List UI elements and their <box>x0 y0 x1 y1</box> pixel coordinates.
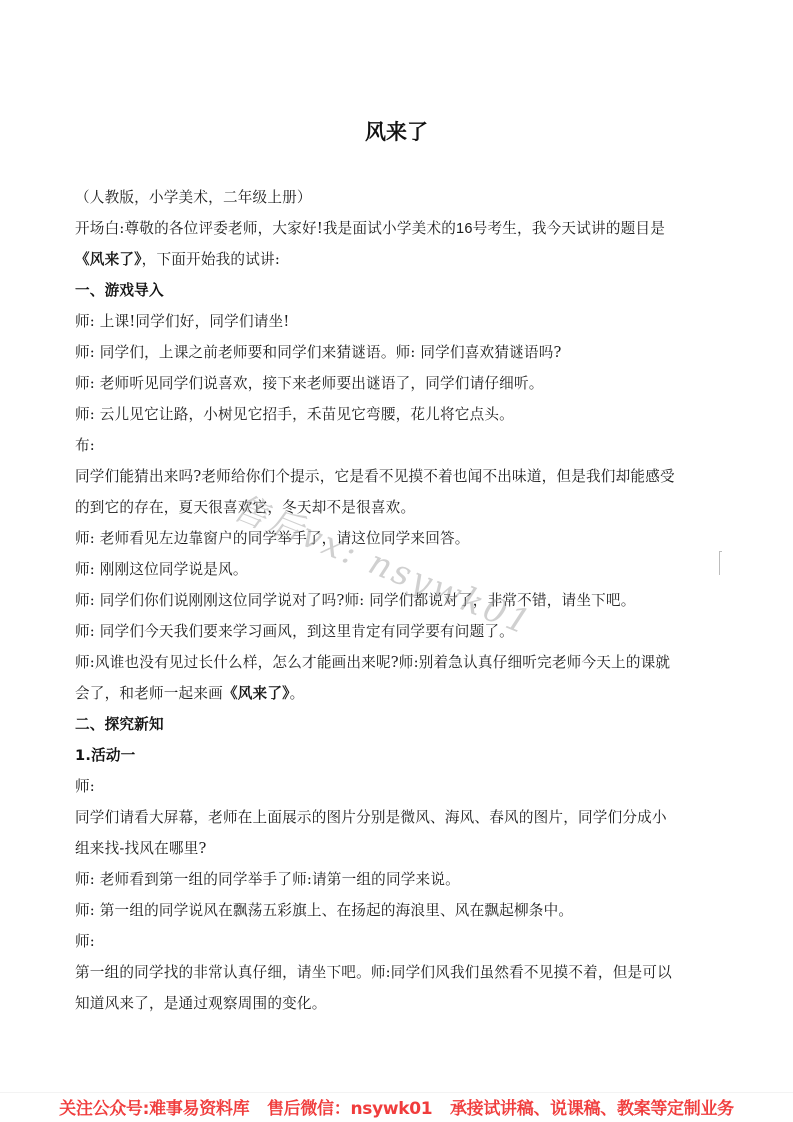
document-body: （人教版，小学美术，二年级上册） 开场白:尊敬的各位评委老师，大家好!我是面试小… <box>75 182 723 1019</box>
paragraph-line: 师: 第一组的同学说风在飘荡五彩旗上、在扬起的海浪里、风在飘起柳条中。 <box>75 895 723 926</box>
lesson-title-bold: 《风来了》 <box>75 251 142 268</box>
paragraph-line: 师:风谁也没有见过长什么样，怎么才能画出来呢?师:别着急认真仔细听完老师今天上的… <box>75 647 723 678</box>
opening-line-2: 《风来了》，下面开始我的试讲: <box>75 244 723 275</box>
paragraph-line: 师: 云儿见它让路，小树见它招手，禾苗见它弯腰，花儿将它点头。 <box>75 399 723 430</box>
lesson-title-bold: 《风来了》 <box>223 685 290 702</box>
subsection-heading: 1.活动一 <box>75 740 723 771</box>
paragraph-line: 组来找-找风在哪里? <box>75 833 723 864</box>
paragraph-line: 师: 上课!同学们好，同学们请坐! <box>75 306 723 337</box>
paragraph-line: 师: 同学们，上课之前老师要和同学们来猜谜语。师: 同学们喜欢猜谜语吗? <box>75 337 723 368</box>
candidate-number: 16 <box>456 221 473 237</box>
opening-text-suffix: 号考生，我今天试讲的题目是 <box>473 220 665 237</box>
section-heading-2: 二、探究新知 <box>75 709 723 740</box>
footer-services: 承接试讲稿、说课稿、教案等定制业务 <box>450 1099 734 1119</box>
opening-line-1: 开场白:尊敬的各位评委老师，大家好!我是面试小学美术的16号考生，我今天试讲的题… <box>75 213 723 244</box>
opening-text-rest: ，下面开始我的试讲: <box>142 251 280 268</box>
paragraph-line: 师: 老师看到第一组的同学举手了师:请第一组的同学来说。 <box>75 864 723 895</box>
paragraph-line: 师: <box>75 926 723 957</box>
paragraph-line: 师: 老师听见同学们说喜欢，接下来老师要出谜语了，同学们请仔细听。 <box>75 368 723 399</box>
paragraph-line: 知道风来了，是通过观察周围的变化。 <box>75 988 723 1019</box>
paragraph-text: 会了，和老师一起来画 <box>75 685 223 702</box>
paragraph-line: 师: 刚刚这位同学说是风。 <box>75 554 723 585</box>
footer-wechat: 售后微信：nsywk01 <box>267 1099 432 1119</box>
paragraph-line: 同学们请看大屏幕，老师在上面展示的图片分别是微风、海风、春风的图片，同学们分成小 <box>75 802 723 833</box>
document-page: 风来了 （人教版，小学美术，二年级上册） 开场白:尊敬的各位评委老师，大家好!我… <box>0 0 793 1122</box>
paragraph-line: 布: <box>75 430 723 461</box>
section-heading-1: 一、游戏导入 <box>75 275 723 306</box>
document-title: 风来了 <box>0 116 793 146</box>
footer-divider <box>0 1092 793 1093</box>
paragraph-line: 的到它的存在，夏天很喜欢它，冬天却不是很喜欢。 <box>75 492 723 523</box>
opening-text: 开场白:尊敬的各位评委老师，大家好!我是面试小学美术的 <box>75 220 456 237</box>
subtitle: （人教版，小学美术，二年级上册） <box>75 182 723 213</box>
paragraph-line: 师: <box>75 771 723 802</box>
paragraph-text: 。 <box>290 685 305 702</box>
paragraph-line: 会了，和老师一起来画《风来了》。 <box>75 678 723 709</box>
paragraph-line: 师: 同学们今天我们要来学习画风，到这里肯定有同学要有问题了。 <box>75 616 723 647</box>
paragraph-line: 师: 同学们你们说刚刚这位同学说对了吗?师: 同学们都说对了，非常不错，请坐下吧… <box>75 585 723 616</box>
footer-public-account: 关注公众号:难事易资料库 <box>59 1099 249 1119</box>
paragraph-line: 师: 老师看见左边靠窗户的同学举手了，请这位同学来回答。 <box>75 523 723 554</box>
margin-mark <box>719 551 720 575</box>
paragraph-line: 第一组的同学找的非常认真仔细，请坐下吧。师:同学们风我们虽然看不见摸不着，但是可… <box>75 957 723 988</box>
paragraph-line: 同学们能猜出来吗?老师给你们个提示，它是看不见摸不着也闻不出味道，但是我们却能感… <box>75 461 723 492</box>
footer-banner: 关注公众号:难事易资料库 售后微信：nsywk01 承接试讲稿、说课稿、教案等定… <box>0 1094 793 1122</box>
